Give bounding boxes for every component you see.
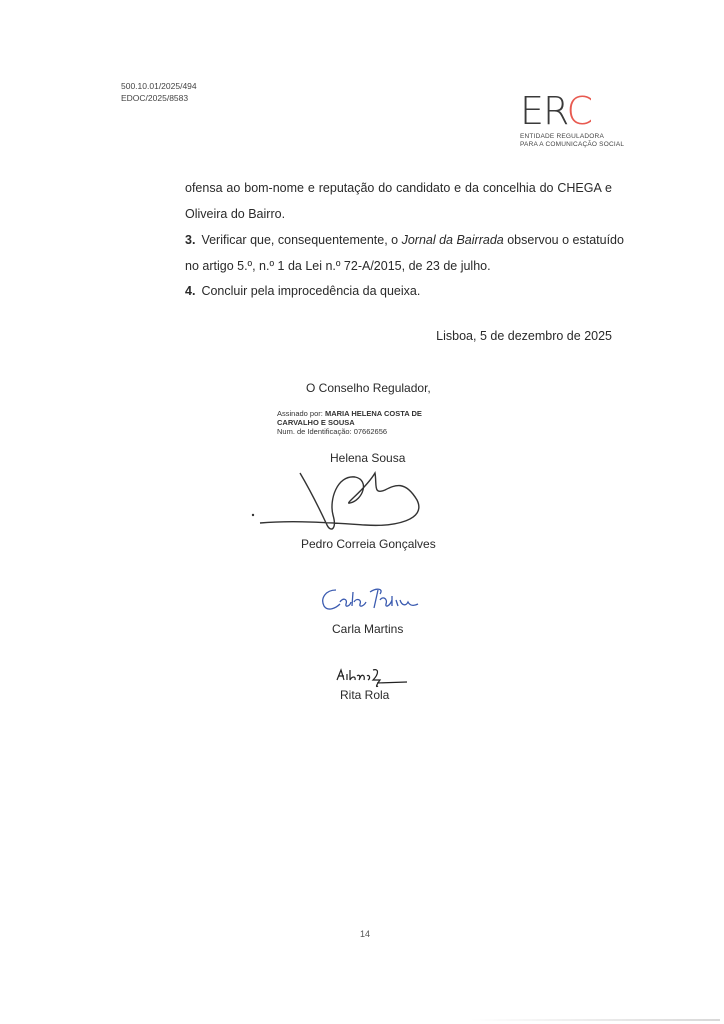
erc-logo: ERC ENTIDADE REGULADORA PARA A COMUNICAÇ… [520,92,624,149]
member-name-pedro-correia-goncalves: Pedro Correia Gonçalves [301,537,436,551]
document-reference: 500.10.01/2025/494 EDOC/2025/8583 [121,80,197,104]
member-name-rita-rola: Rita Rola [340,688,389,702]
logo-letters: ERC [520,92,624,130]
list-item-3-line2: no artigo 5.º, n.º 1 da Lei n.º 72-A/201… [185,259,491,273]
list-item-4: 4.Concluir pela improcedência da queixa. [185,284,420,298]
signature-carla-martins-icon [318,584,423,616]
logo-subtitle: ENTIDADE REGULADORA PARA A COMUNICAÇÃO S… [520,133,624,149]
member-name-carla-martins: Carla Martins [332,622,403,636]
logo-accent-letter: C [567,89,593,133]
digital-signature: Assinado por: MARIA HELENA COSTA DE CARV… [277,409,422,436]
item-number: 3. [185,233,195,247]
scan-edge-line [470,1019,720,1021]
council-label: O Conselho Regulador, [306,381,431,395]
reference-line-1: 500.10.01/2025/494 [121,80,197,92]
item-number: 4. [185,284,195,298]
place-date: Lisboa, 5 de dezembro de 2025 [436,329,612,343]
member-name-helena-sousa: Helena Sousa [330,451,405,465]
body-paragraph-line: Oliveira do Bairro. [185,207,285,221]
list-item-3: 3.Verificar que, consequentemente, o Jor… [185,233,612,247]
reference-line-2: EDOC/2025/8583 [121,92,197,104]
body-paragraph-line: ofensa ao bom-nome e reputação do candid… [185,181,612,195]
signature-pedro-correia-goncalves-icon [245,465,435,535]
newspaper-name: Jornal da Bairrada [402,233,504,247]
page-number: 14 [360,929,370,939]
